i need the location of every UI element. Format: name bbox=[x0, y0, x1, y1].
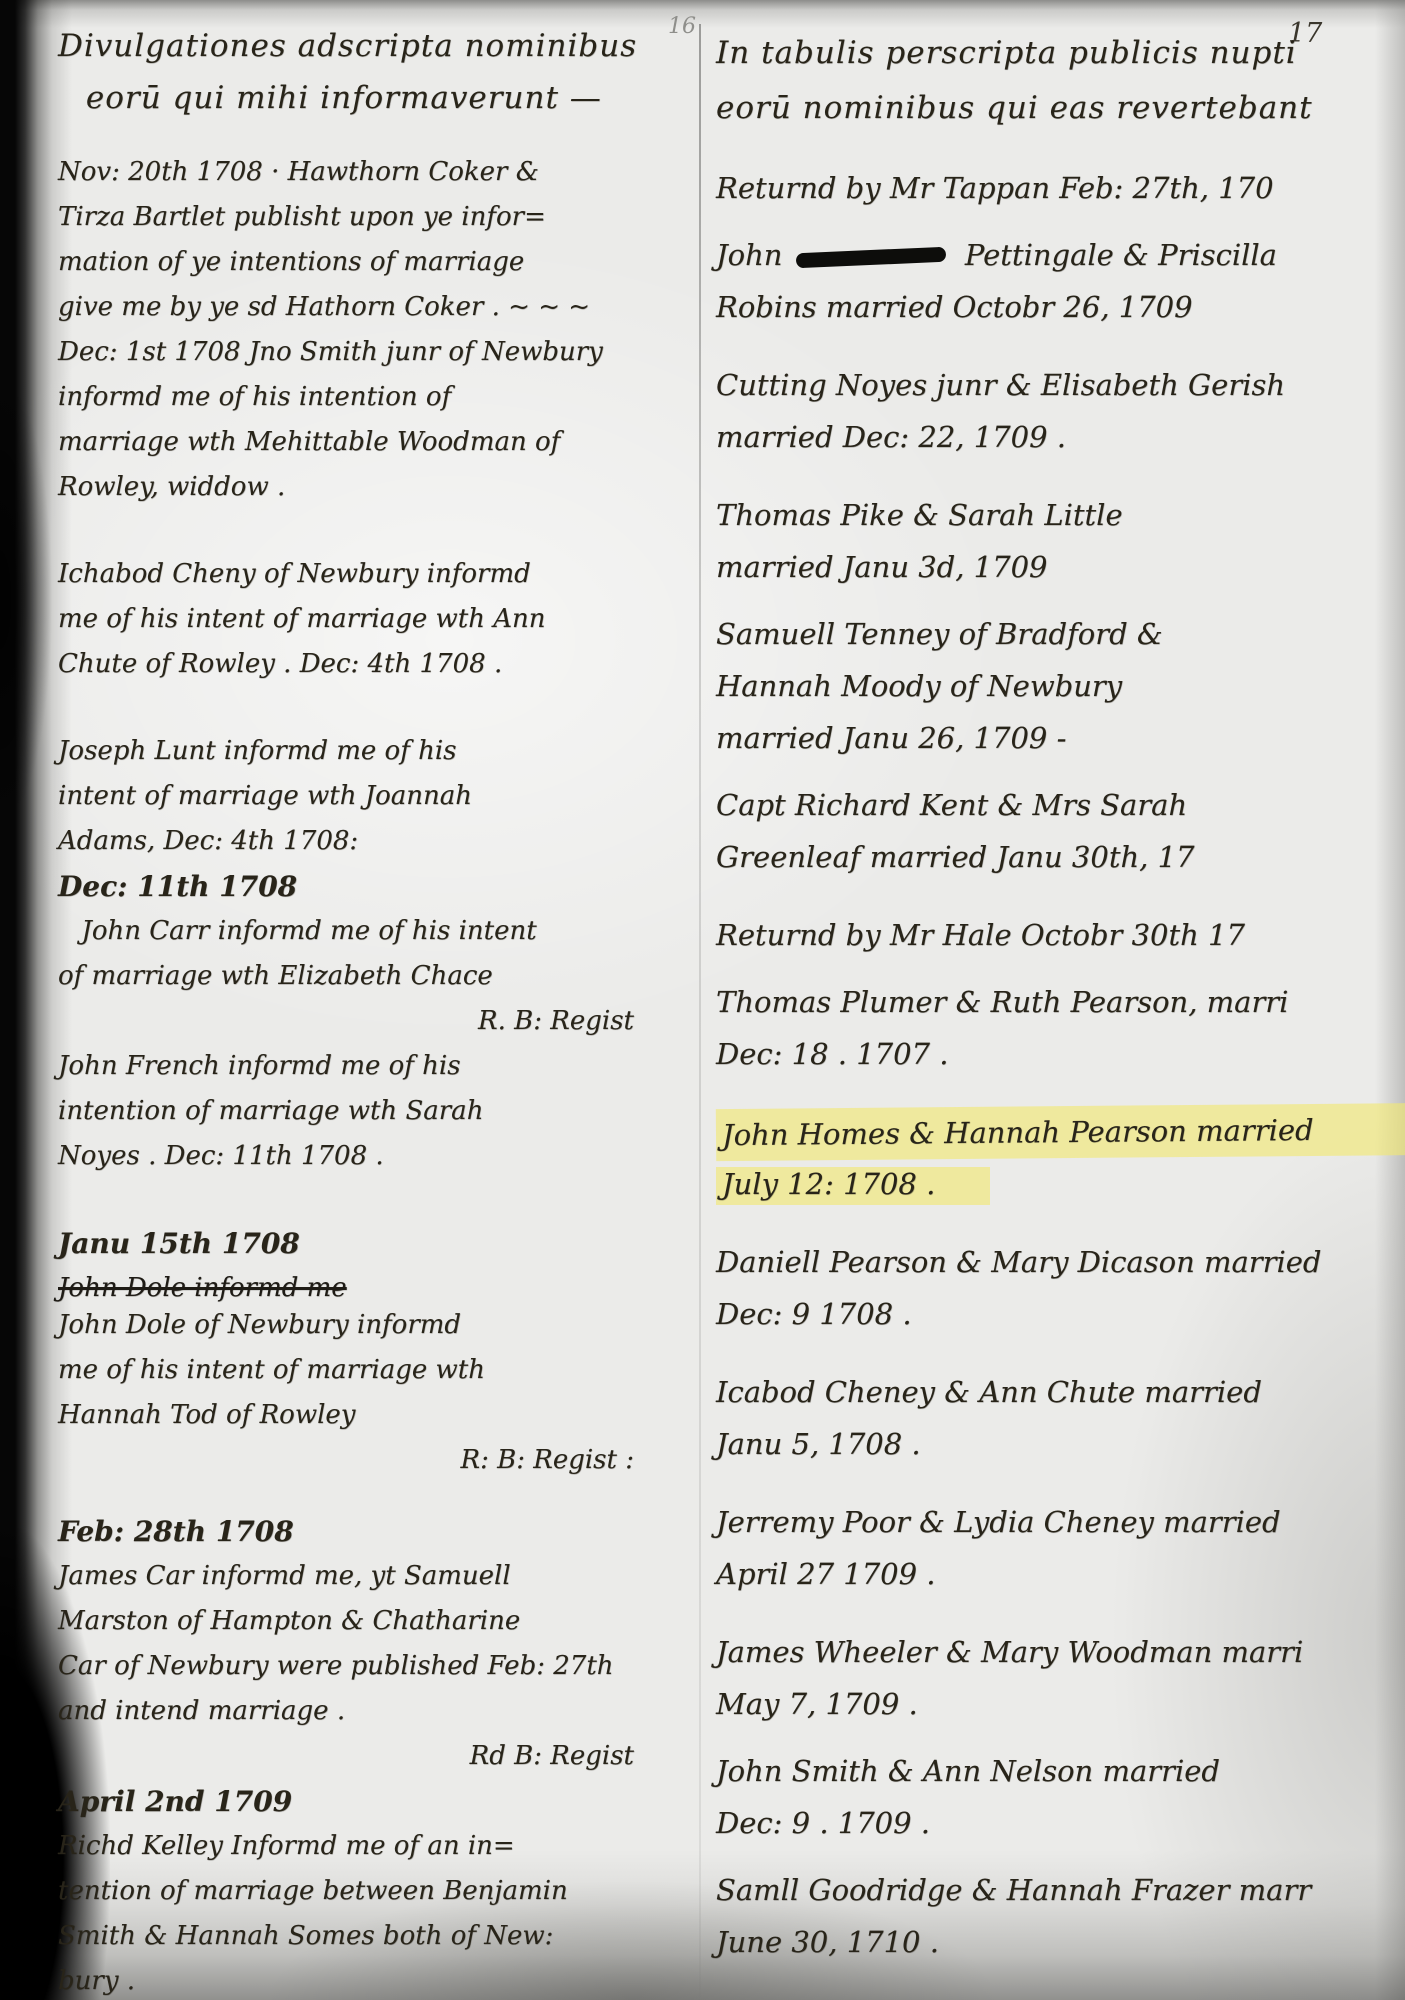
manuscript-line: John French informd me of his bbox=[58, 1044, 686, 1089]
manuscript-line: informd me of his intention of bbox=[58, 375, 686, 420]
manuscript-line: Feb: 28th 1708 bbox=[58, 1509, 686, 1554]
manuscript-line: Hannah Moody of Newbury bbox=[716, 660, 1400, 712]
manuscript-line: Icabod Cheney & Ann Chute married bbox=[716, 1366, 1400, 1418]
manuscript-line: Rd B: Regist bbox=[58, 1734, 686, 1779]
manuscript-line: married Janu 3d, 1709 bbox=[716, 541, 1400, 593]
manuscript-line: intent of marriage wth Joannah bbox=[58, 774, 686, 819]
manuscript-line: give me by ye sd Hathorn Coker . ~ ~ ~ bbox=[58, 285, 686, 330]
manuscript-line: Greenleaf married Janu 30th, 17 bbox=[716, 831, 1400, 883]
manuscript-line: married Janu 26, 1709 - bbox=[716, 712, 1400, 764]
manuscript-line: Smith & Hannah Somes both of New: bbox=[58, 1914, 686, 1959]
manuscript-text: Pettingale & Priscilla bbox=[956, 238, 1277, 272]
manuscript-line: Returnd by Mr Hale Octobr 30th 17 bbox=[716, 909, 1400, 961]
manuscript-page: 16 17 Divulgationes adscripta nominibuse… bbox=[0, 0, 1405, 2000]
manuscript-line: Dec: 18 . 1707 . bbox=[716, 1028, 1400, 1080]
manuscript-line: of marriage wth Elizabeth Chace bbox=[58, 954, 686, 999]
manuscript-line: Joseph Lunt informd me of his bbox=[58, 729, 686, 774]
manuscript-line: Dec: 9 1708 . bbox=[716, 1288, 1400, 1340]
manuscript-line: Car of Newbury were published Feb: 27th bbox=[58, 1644, 686, 1689]
manuscript-line: Ichabod Cheny of Newbury informd bbox=[58, 552, 686, 597]
highlighted-text: July 12: 1708 . bbox=[716, 1167, 990, 1205]
manuscript-line: James Car informd me, yt Samuell bbox=[58, 1554, 686, 1599]
manuscript-line: Chute of Rowley . Dec: 4th 1708 . bbox=[58, 642, 686, 687]
manuscript-line: me of his intent of marriage wth bbox=[58, 1348, 686, 1393]
manuscript-line: eorū nominibus qui eas revertebant bbox=[716, 81, 1400, 136]
manuscript-line: In tabulis perscripta publicis nupti bbox=[716, 26, 1400, 81]
manuscript-line: Janu 5, 1708 . bbox=[716, 1418, 1400, 1470]
manuscript-line: Hannah Tod of Rowley bbox=[58, 1393, 686, 1438]
manuscript-line: Thomas Plumer & Ruth Pearson, marri bbox=[716, 976, 1400, 1028]
manuscript-line: May 7, 1709 . bbox=[716, 1678, 1400, 1730]
manuscript-line: me of his intent of marriage wth Ann bbox=[58, 597, 686, 642]
manuscript-line: Dec: 11th 1708 bbox=[58, 864, 686, 909]
manuscript-line: Richd Kelley Informd me of an in= bbox=[58, 1824, 686, 1869]
manuscript-line: Thomas Pike & Sarah Little bbox=[716, 489, 1400, 541]
right-column: In tabulis perscripta publicis nuptieorū… bbox=[716, 0, 1400, 1968]
manuscript-line: intention of marriage wth Sarah bbox=[58, 1089, 686, 1134]
manuscript-line: John Smith & Ann Nelson married bbox=[716, 1745, 1400, 1797]
manuscript-line: John Dole of Newbury informd bbox=[58, 1303, 686, 1348]
manuscript-line: eorū qui mihi informaverunt — bbox=[58, 72, 686, 124]
manuscript-line: John Carr informd me of his intent bbox=[58, 909, 686, 954]
highlighted-entry-line: John Homes & Hannah Pearson married bbox=[716, 1103, 1405, 1161]
manuscript-line: John Pettingale & Priscilla bbox=[716, 229, 1400, 281]
manuscript-line: mation of ye intentions of marriage bbox=[58, 240, 686, 285]
manuscript-line: Adams, Dec: 4th 1708: bbox=[58, 819, 686, 864]
manuscript-line: R. B: Regist bbox=[58, 999, 686, 1044]
manuscript-line: R: B: Regist : bbox=[58, 1438, 686, 1483]
manuscript-line: bury . bbox=[58, 1959, 686, 2000]
manuscript-line: married Dec: 22, 1709 . bbox=[716, 411, 1400, 463]
highlighted-entry-line: July 12: 1708 . bbox=[716, 1158, 1400, 1210]
manuscript-line: Marston of Hampton & Chatharine bbox=[58, 1599, 686, 1644]
manuscript-line: Noyes . Dec: 11th 1708 . bbox=[58, 1134, 686, 1179]
manuscript-text: John bbox=[716, 238, 792, 272]
manuscript-line: Returnd by Mr Tappan Feb: 27th, 170 bbox=[716, 162, 1400, 214]
manuscript-line: Dec: 1st 1708 Jno Smith junr of Newbury bbox=[58, 330, 686, 375]
left-column: Divulgationes adscripta nominibuseorū qu… bbox=[58, 0, 686, 2000]
ink-blot bbox=[795, 246, 946, 268]
manuscript-line: tention of marriage between Benjamin bbox=[58, 1869, 686, 1914]
manuscript-line: Robins married Octobr 26, 1709 bbox=[716, 281, 1400, 333]
manuscript-line: Janu 15th 1708 bbox=[58, 1221, 686, 1266]
manuscript-line: April 2nd 1709 bbox=[58, 1779, 686, 1824]
manuscript-line: James Wheeler & Mary Woodman marri bbox=[716, 1626, 1400, 1678]
column-divider-crease bbox=[699, 24, 701, 2000]
manuscript-line: Daniell Pearson & Mary Dicason married bbox=[716, 1236, 1400, 1288]
manuscript-line: Divulgationes adscripta nominibus bbox=[58, 20, 686, 72]
manuscript-line: marriage wth Mehittable Woodman of bbox=[58, 420, 686, 465]
manuscript-line: April 27 1709 . bbox=[716, 1548, 1400, 1600]
manuscript-line: June 30, 1710 . bbox=[716, 1916, 1400, 1968]
manuscript-line: Jerremy Poor & Lydia Cheney married bbox=[716, 1496, 1400, 1548]
manuscript-line: Samuell Tenney of Bradford & bbox=[716, 608, 1400, 660]
manuscript-line: Samll Goodridge & Hannah Frazer marr bbox=[716, 1864, 1400, 1916]
manuscript-line: Nov: 20th 1708 · Hawthorn Coker & bbox=[58, 150, 686, 195]
manuscript-line: Capt Richard Kent & Mrs Sarah bbox=[716, 779, 1400, 831]
manuscript-line: and intend marriage . bbox=[58, 1689, 686, 1734]
manuscript-line: Tirza Bartlet publisht upon ye infor= bbox=[58, 195, 686, 240]
manuscript-line: Dec: 9 . 1709 . bbox=[716, 1797, 1400, 1849]
manuscript-line: Rowley, widdow . bbox=[58, 465, 686, 510]
manuscript-line: Cutting Noyes junr & Elisabeth Gerish bbox=[716, 359, 1400, 411]
